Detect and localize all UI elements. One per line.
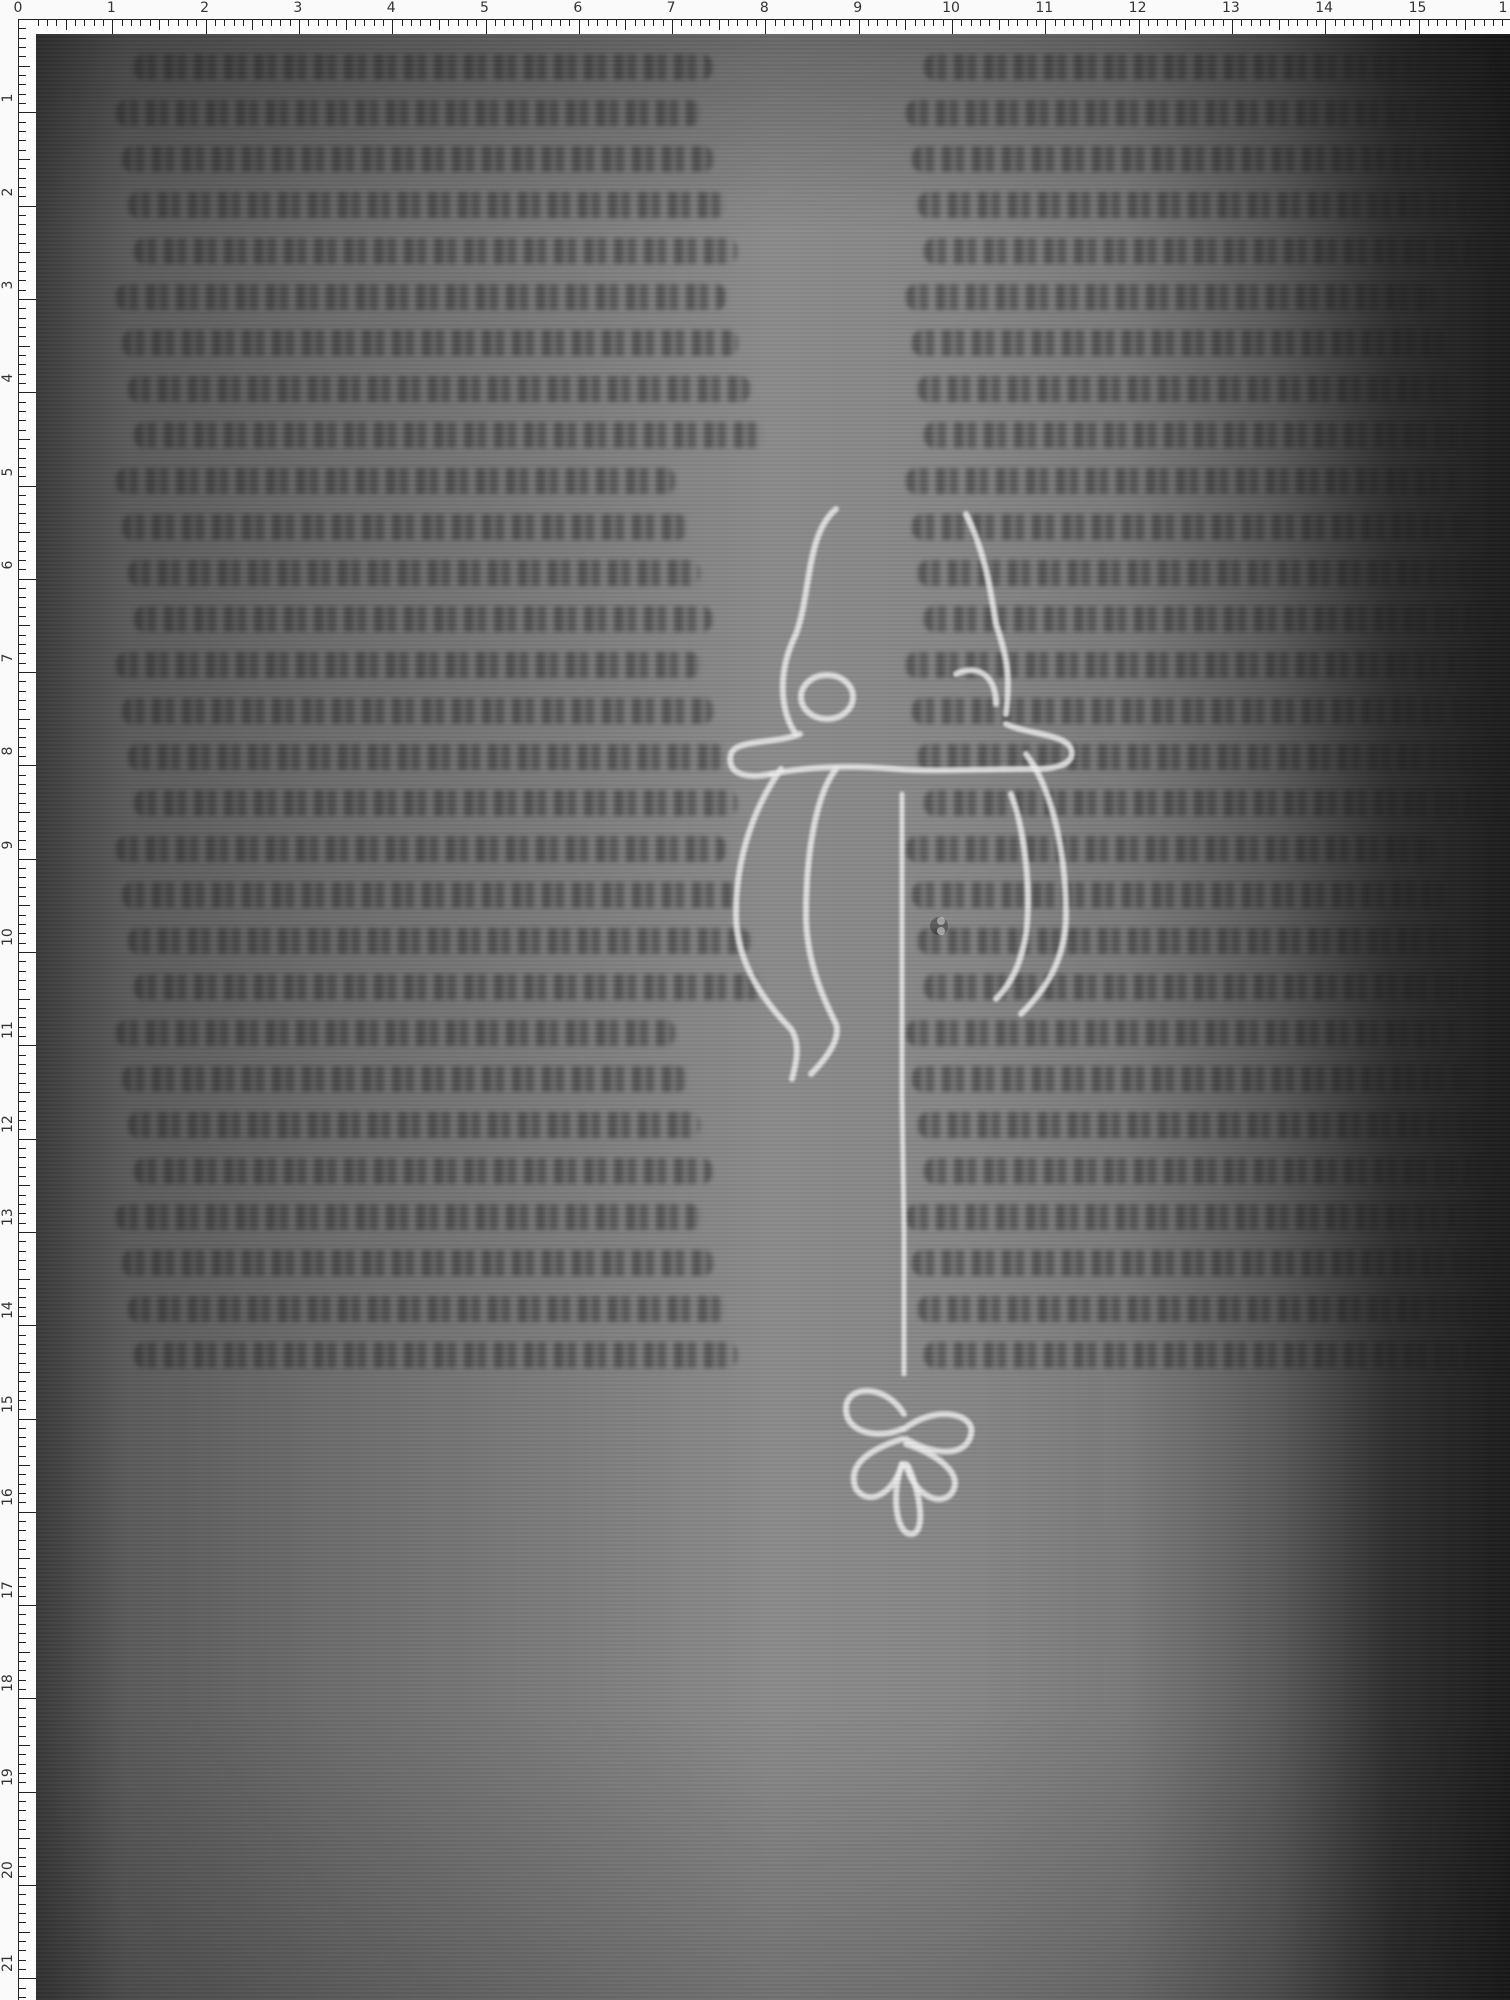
ruler-tick <box>551 20 552 26</box>
ruler-tick <box>19 75 26 76</box>
ruler-tick <box>271 20 272 26</box>
ruler-tick <box>19 905 30 906</box>
ruler-tick <box>653 20 654 26</box>
ruler-tick <box>1045 20 1046 35</box>
ruler-tick <box>19 355 26 356</box>
ruler-tick <box>19 943 26 944</box>
ruler-tick <box>19 1260 26 1261</box>
ruler-tick <box>19 467 26 468</box>
ruler-tick <box>19 1801 26 1802</box>
ruler-tick <box>709 20 710 26</box>
ruler-tick <box>887 20 888 26</box>
ruler-tick <box>924 20 925 26</box>
ruler-tick <box>1269 20 1270 26</box>
ruler-tick <box>812 20 813 30</box>
text-line <box>918 928 1458 954</box>
left-text-column <box>116 54 751 1388</box>
ruler-tick <box>112 20 113 35</box>
ruler-tick <box>19 1698 36 1699</box>
ruler-tick <box>19 1288 26 1289</box>
ruler-tick <box>19 1474 26 1475</box>
ruler-tick <box>19 859 36 860</box>
ruler-tick <box>19 252 30 253</box>
ruler-tick <box>19 19 36 20</box>
ruler-tick <box>19 747 26 748</box>
ruler-tick <box>19 1372 30 1373</box>
ruler-tick <box>19 1307 26 1308</box>
text-line <box>116 468 675 494</box>
ruler-tick <box>19 1773 26 1774</box>
ruler-tick <box>19 196 26 197</box>
manuscript-radiograph <box>36 34 1510 2000</box>
text-line <box>134 422 763 448</box>
ruler-tick <box>19 1754 26 1755</box>
ruler-tick <box>206 20 207 35</box>
ruler-tick <box>19 1502 26 1503</box>
ruler-tick <box>19 1596 26 1597</box>
ruler-tick <box>588 20 589 26</box>
ruler-tick <box>859 20 860 35</box>
ruler-tick <box>19 28 26 29</box>
ruler-tick <box>19 933 26 934</box>
ruler-tick <box>19 1885 36 1886</box>
ruler-tick <box>19 1316 26 1317</box>
right-text-column <box>906 54 1506 1388</box>
ruler-tick <box>224 20 225 26</box>
text-line <box>924 1342 1510 1368</box>
text-line <box>134 974 763 1000</box>
ruler-tick <box>1381 20 1382 26</box>
ruler-tick <box>19 1456 26 1457</box>
text-line <box>122 330 738 356</box>
ruler-tick <box>19 1493 26 1494</box>
ruler-tick <box>19 803 26 804</box>
ruler-tick <box>19 1838 30 1839</box>
text-line <box>116 284 726 310</box>
ruler-tick <box>486 20 487 35</box>
ruler-label: 4 <box>387 0 396 16</box>
ruler-tick <box>84 20 85 26</box>
ruler-tick <box>513 20 514 26</box>
ruler-tick <box>420 20 421 26</box>
ruler-tick <box>19 1922 26 1923</box>
ruler-tick <box>56 20 57 26</box>
ruler-tick <box>19 84 26 85</box>
ruler-tick <box>19 430 26 431</box>
ruler-tick <box>19 1530 26 1531</box>
ruler-tick <box>1484 20 1485 26</box>
ruler-tick <box>19 952 36 953</box>
ruler-tick <box>19 1269 26 1270</box>
ruler-tick <box>19 1521 26 1522</box>
ruler-tick <box>943 20 944 26</box>
ruler-tick <box>1027 20 1028 26</box>
ruler-tick <box>896 20 897 26</box>
ruler-tick <box>1456 20 1457 26</box>
ruler-tick <box>1055 20 1056 26</box>
ruler-tick <box>19 737 26 738</box>
ruler-tick <box>19 980 26 981</box>
ruler-tick <box>19 625 30 626</box>
text-line <box>918 1296 1506 1322</box>
ruler-tick <box>1465 20 1466 30</box>
ruler-tick <box>383 20 384 26</box>
ruler-label: 20 <box>0 1863 16 1879</box>
ruler-tick <box>19 597 26 598</box>
ruler-tick <box>19 1708 26 1709</box>
ruler-tick <box>308 20 309 26</box>
ruler-tick <box>1241 20 1242 26</box>
ruler-tick <box>19 793 26 794</box>
ruler-tick <box>19 1297 26 1298</box>
ruler-tick <box>19 187 26 188</box>
ruler-tick <box>19 691 26 692</box>
ruler-tick <box>933 20 934 26</box>
ruler-label: 12 <box>1129 0 1147 16</box>
ruler-tick <box>196 20 197 26</box>
ruler-tick <box>19 1185 30 1186</box>
ruler-tick <box>19 1512 36 1513</box>
ruler-tick <box>569 20 570 26</box>
ruler-tick <box>840 20 841 26</box>
ruler-tick <box>19 812 30 813</box>
ruler-tick <box>915 20 916 26</box>
text-line <box>918 560 1482 586</box>
text-line <box>122 514 687 540</box>
ruler-tick <box>495 20 496 26</box>
text-line <box>116 652 700 678</box>
ruler-tick <box>19 1558 30 1559</box>
ruler-tick <box>19 532 30 533</box>
ruler-tick <box>402 20 403 26</box>
ruler-tick <box>19 1764 26 1765</box>
ruler-label: 2 <box>200 0 209 16</box>
ruler-tick <box>19 476 26 477</box>
ruler-tick <box>19 1717 26 1718</box>
ruler-tick <box>243 20 244 26</box>
ruler-tick <box>747 20 748 26</box>
text-line <box>116 1204 700 1230</box>
ruler-tick <box>803 20 804 26</box>
ruler-tick <box>19 1960 26 1961</box>
ruler-tick <box>597 20 598 26</box>
ruler-tick <box>19 821 26 822</box>
ruler-tick <box>19 150 26 151</box>
ruler-tick <box>19 364 26 365</box>
ruler-tick <box>122 20 123 26</box>
ruler-tick <box>19 1335 26 1336</box>
ruler-tick <box>1493 20 1494 26</box>
ruler-tick <box>355 20 356 26</box>
ruler-tick <box>19 1997 26 1998</box>
ruler-tick <box>19 234 26 235</box>
ruler-tick <box>1474 20 1475 26</box>
ruler-tick <box>1363 20 1364 26</box>
ruler-tick <box>19 1437 26 1438</box>
ruler-tick <box>19 1092 30 1093</box>
text-line <box>918 192 1506 218</box>
ruler-tick <box>765 20 766 35</box>
ruler-tick <box>532 20 533 30</box>
ruler-label: 15 <box>0 1397 16 1413</box>
ruler-tick <box>19 280 26 281</box>
ruler-label: 13 <box>0 1210 16 1226</box>
ruler-tick <box>19 1111 26 1112</box>
ruler-label: 11 <box>0 1023 16 1039</box>
ruler-tick <box>19 1633 26 1634</box>
ruler-tick <box>19 1792 36 1793</box>
ruler-tick <box>1260 20 1261 26</box>
ruler-tick <box>131 20 132 26</box>
ruler-label: 17 <box>0 1583 16 1599</box>
ruler-tick <box>19 887 26 888</box>
ruler-tick <box>700 20 701 26</box>
ruler-tick <box>19 1419 36 1420</box>
ruler-tick <box>19 448 26 449</box>
ruler-tick <box>1129 20 1130 26</box>
ruler-tick <box>19 1680 26 1681</box>
text-line <box>128 928 750 954</box>
ruler-tick <box>1073 20 1074 26</box>
ruler-tick <box>19 756 26 757</box>
ruler-tick <box>821 20 822 26</box>
ruler-tick <box>1409 20 1410 26</box>
ruler-tick <box>19 681 26 682</box>
ruler-tick <box>19 569 26 570</box>
watermark-icon <box>36 34 1510 2000</box>
ruler-tick <box>19 439 30 440</box>
ruler-tick <box>719 20 720 30</box>
ruler-tick <box>75 20 76 26</box>
ruler-tick <box>19 411 26 412</box>
ruler-tick <box>19 653 26 654</box>
ruler-tick <box>19 1428 26 1429</box>
ruler-tick <box>19 560 26 561</box>
ruler-tick <box>19 1036 26 1037</box>
ruler-tick <box>19 1624 26 1625</box>
ruler-tick <box>19 178 26 179</box>
ruler-tick <box>19 607 26 608</box>
ruler-tick <box>1344 20 1345 26</box>
ruler-tick <box>19 383 26 384</box>
ruler-tick <box>467 20 468 26</box>
text-line <box>918 744 1506 770</box>
text-line <box>116 100 700 126</box>
ruler-tick <box>327 20 328 26</box>
ruler-tick <box>19 66 30 67</box>
ruler-tick <box>280 20 281 26</box>
ruler-tick <box>19 495 26 496</box>
ruler-tick <box>19 1568 26 1569</box>
text-line <box>906 1204 1482 1230</box>
ruler-tick <box>19 1689 26 1690</box>
ruler-tick <box>1400 20 1401 26</box>
ruler-tick <box>19 1232 36 1233</box>
ruler-tick <box>19 224 26 225</box>
ruler-label: 3 <box>293 0 302 16</box>
ruler-tick <box>19 1810 26 1811</box>
ruler-tick <box>19 1549 26 1550</box>
ruler-tick <box>19 402 26 403</box>
ruler-tick <box>19 1978 36 1979</box>
ruler-tick <box>19 1363 26 1364</box>
ruler-tick <box>1232 20 1233 35</box>
ruler-label: 13 <box>1222 0 1240 16</box>
ruler-tick <box>19 1829 26 1830</box>
ruler-tick <box>19 1820 26 1821</box>
text-line <box>122 882 738 908</box>
ruler-tick <box>868 20 869 26</box>
ruler-tick <box>346 20 347 30</box>
ruler-tick <box>19 1157 26 1158</box>
text-line <box>122 1066 687 1092</box>
text-line <box>912 1250 1494 1276</box>
ruler-tick <box>19 1782 26 1783</box>
vertical-ruler <box>18 19 35 2000</box>
ruler-tick <box>19 1055 26 1056</box>
text-line <box>912 698 1494 724</box>
ruler-label: 10 <box>942 0 960 16</box>
text-line <box>134 238 737 264</box>
text-line <box>912 146 1494 172</box>
ruler-tick <box>1064 20 1065 26</box>
ruler-tick <box>19 290 26 291</box>
ruler-tick <box>523 20 524 26</box>
ruler-tick <box>19 971 26 972</box>
ruler-tick <box>19 1344 26 1345</box>
ruler-tick <box>1251 20 1252 26</box>
ruler-tick <box>1195 20 1196 26</box>
text-line <box>116 836 726 862</box>
ruler-tick <box>19 999 30 1000</box>
ruler-tick <box>635 20 636 26</box>
ruler-tick <box>1437 20 1438 26</box>
ruler-tick <box>19 1400 26 1401</box>
ruler-label: 8 <box>0 743 16 759</box>
ruler-tick <box>19 1008 26 1009</box>
ruler-tick <box>19 1484 26 1485</box>
ruler-tick <box>728 20 729 26</box>
ruler-tick <box>1502 20 1503 26</box>
ruler-tick <box>458 20 459 26</box>
ruler-tick <box>19 1325 36 1326</box>
ruler-tick <box>299 20 300 35</box>
ruler-tick <box>1428 20 1429 26</box>
ruler-tick <box>19 112 36 113</box>
ruler-tick <box>877 20 878 26</box>
ruler-tick <box>19 1848 26 1849</box>
ruler-tick <box>430 20 431 26</box>
text-line <box>924 606 1494 632</box>
text-line <box>924 238 1510 264</box>
ruler-tick <box>476 20 477 26</box>
ruler-tick <box>19 728 26 729</box>
ruler-tick <box>19 1148 26 1149</box>
ruler-tick <box>784 20 785 26</box>
text-line <box>128 376 750 402</box>
text-line <box>912 882 1446 908</box>
ruler-tick <box>392 20 393 35</box>
text-line <box>122 146 713 172</box>
ruler-tick <box>1185 20 1186 30</box>
ruler-tick <box>19 262 26 263</box>
text-line <box>128 744 725 770</box>
ruler-tick <box>19 1409 26 1410</box>
ruler-label: 10 <box>0 930 16 946</box>
ruler-tick <box>19 140 26 141</box>
ruler-tick <box>150 20 151 26</box>
ruler-tick <box>19 271 26 272</box>
ruler-tick <box>1297 20 1298 26</box>
ruler-tick <box>19 831 26 832</box>
text-line <box>134 1342 737 1368</box>
ruler-tick <box>215 20 216 26</box>
ruler-tick <box>681 20 682 26</box>
ruler-tick <box>19 1969 26 1970</box>
ruler-tick <box>94 20 95 26</box>
ruler-tick <box>19 1027 26 1028</box>
ruler-tick <box>19 1353 26 1354</box>
ruler-tick <box>19 420 26 421</box>
ruler-tick <box>19 318 26 319</box>
ruler-tick <box>1167 20 1168 26</box>
ruler-tick <box>19 616 26 617</box>
ruler-tick <box>187 20 188 26</box>
ruler-tick <box>19 1614 26 1615</box>
ruler-tick <box>19 1913 26 1914</box>
ruler-tick <box>541 20 542 26</box>
ruler-tick <box>1092 20 1093 30</box>
ruler-tick <box>19 588 26 589</box>
ruler-tick <box>19 1932 30 1933</box>
ruler-tick <box>19 215 26 216</box>
ruler-tick <box>579 20 580 35</box>
ruler-tick <box>560 20 561 26</box>
ruler-tick <box>159 20 160 30</box>
ruler-tick <box>980 20 981 26</box>
ruler-tick <box>374 20 375 26</box>
text-line <box>924 1158 1494 1184</box>
ruler-tick <box>19 38 26 39</box>
ruler-tick <box>19 700 26 701</box>
ruler-tick <box>19 1894 26 1895</box>
ruler-tick <box>19 1605 36 1606</box>
text-line <box>134 54 712 80</box>
ruler-tick <box>19 1586 26 1587</box>
ruler-tick <box>1288 20 1289 26</box>
ruler-tick <box>1325 20 1326 35</box>
ruler-tick <box>19 56 26 57</box>
text-line <box>134 790 737 816</box>
text-line <box>128 192 725 218</box>
ruler-label: 5 <box>0 464 16 480</box>
ruler-tick <box>1111 20 1112 26</box>
ruler-label: 7 <box>667 0 676 16</box>
ruler-tick <box>19 47 26 48</box>
ruler-tick <box>19 1195 26 1196</box>
ruler-label: 8 <box>760 0 769 16</box>
ruler-tick <box>19 1139 36 1140</box>
ruler-tick <box>19 308 26 309</box>
text-line <box>912 1066 1470 1092</box>
ruler-label: 1 <box>107 0 116 16</box>
horizontal-ruler <box>18 19 1510 34</box>
ruler-tick <box>19 94 26 95</box>
ruler-tick <box>19 1045 36 1046</box>
ruler-tick <box>1139 20 1140 35</box>
ruler-tick <box>19 635 26 636</box>
ruler-tick <box>19 1381 26 1382</box>
